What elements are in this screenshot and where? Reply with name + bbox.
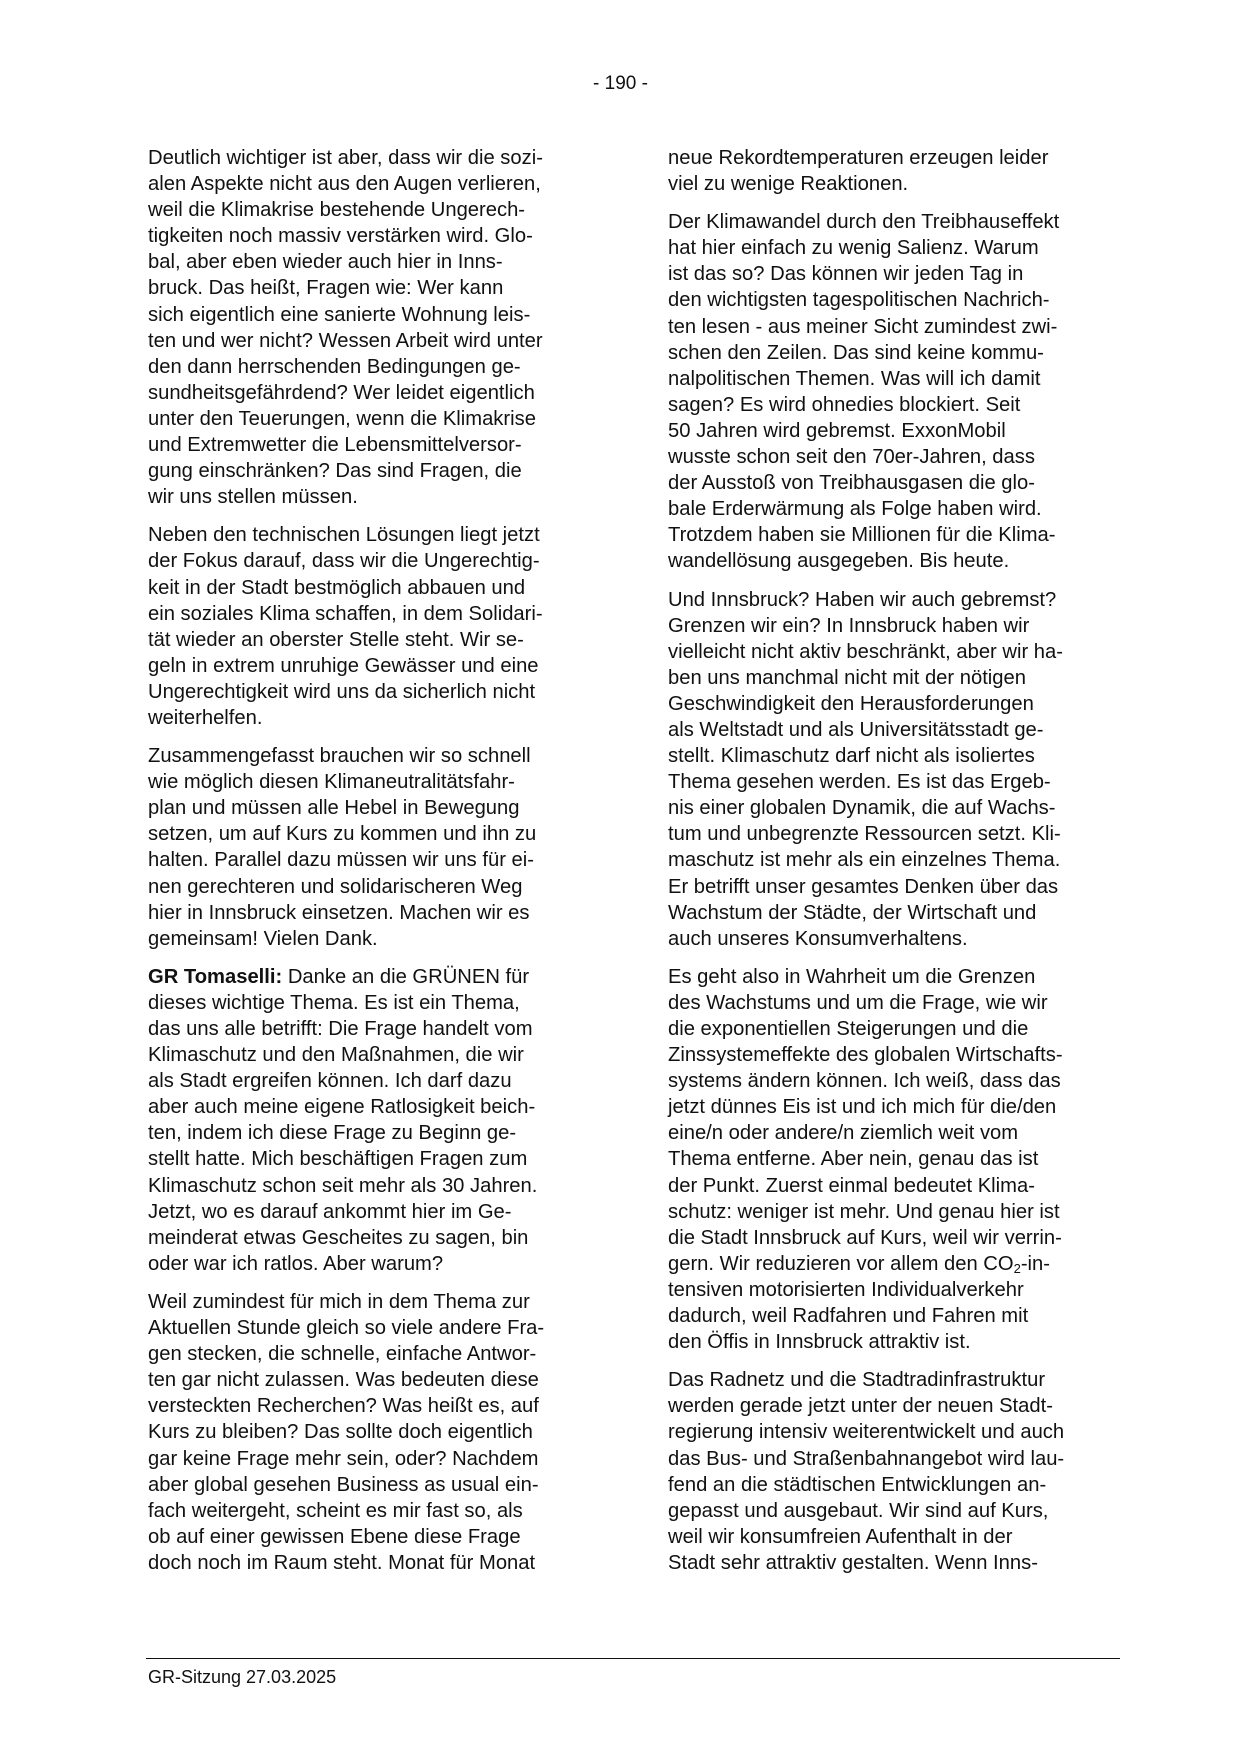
paragraph: Zusammengefasst brauchen wir so schnell … (148, 743, 593, 952)
subscript: 2 (1014, 1261, 1021, 1276)
footer-session-date: GR-Sitzung 27.03.2025 (148, 1666, 336, 1688)
text-run: Es geht also in Wahrheit um die Grenzen … (668, 966, 1063, 1275)
paragraph: neue Rekordtemperaturen erzeugen leider … (668, 145, 1113, 197)
paragraph: Und Innsbruck? Haben wir auch gebremst? … (668, 587, 1113, 952)
speech-text: Danke an die GRÜNEN für dieses wichtige … (148, 966, 537, 1275)
paragraph: Deutlich wichtiger ist aber, dass wir di… (148, 145, 593, 510)
footer-divider (146, 1658, 1120, 1659)
speech-paragraph: GR Tomaselli: Danke an die GRÜNEN für di… (148, 964, 593, 1277)
speaker-name: GR Tomaselli: (148, 966, 282, 988)
left-column: Deutlich wichtiger ist aber, dass wir di… (148, 145, 593, 1588)
right-column: neue Rekordtemperaturen erzeugen leider … (668, 145, 1113, 1588)
paragraph: Es geht also in Wahrheit um die Grenzen … (668, 964, 1113, 1355)
paragraph: Das Radnetz und die Stadtradinfrastruktu… (668, 1367, 1113, 1576)
page-number: - 190 - (0, 72, 1241, 96)
paragraph: Weil zumindest für mich in dem Thema zur… (148, 1289, 593, 1576)
paragraph: Der Klimawandel durch den Treibhauseffek… (668, 209, 1113, 574)
paragraph: Neben den technischen Lösungen liegt jet… (148, 522, 593, 731)
